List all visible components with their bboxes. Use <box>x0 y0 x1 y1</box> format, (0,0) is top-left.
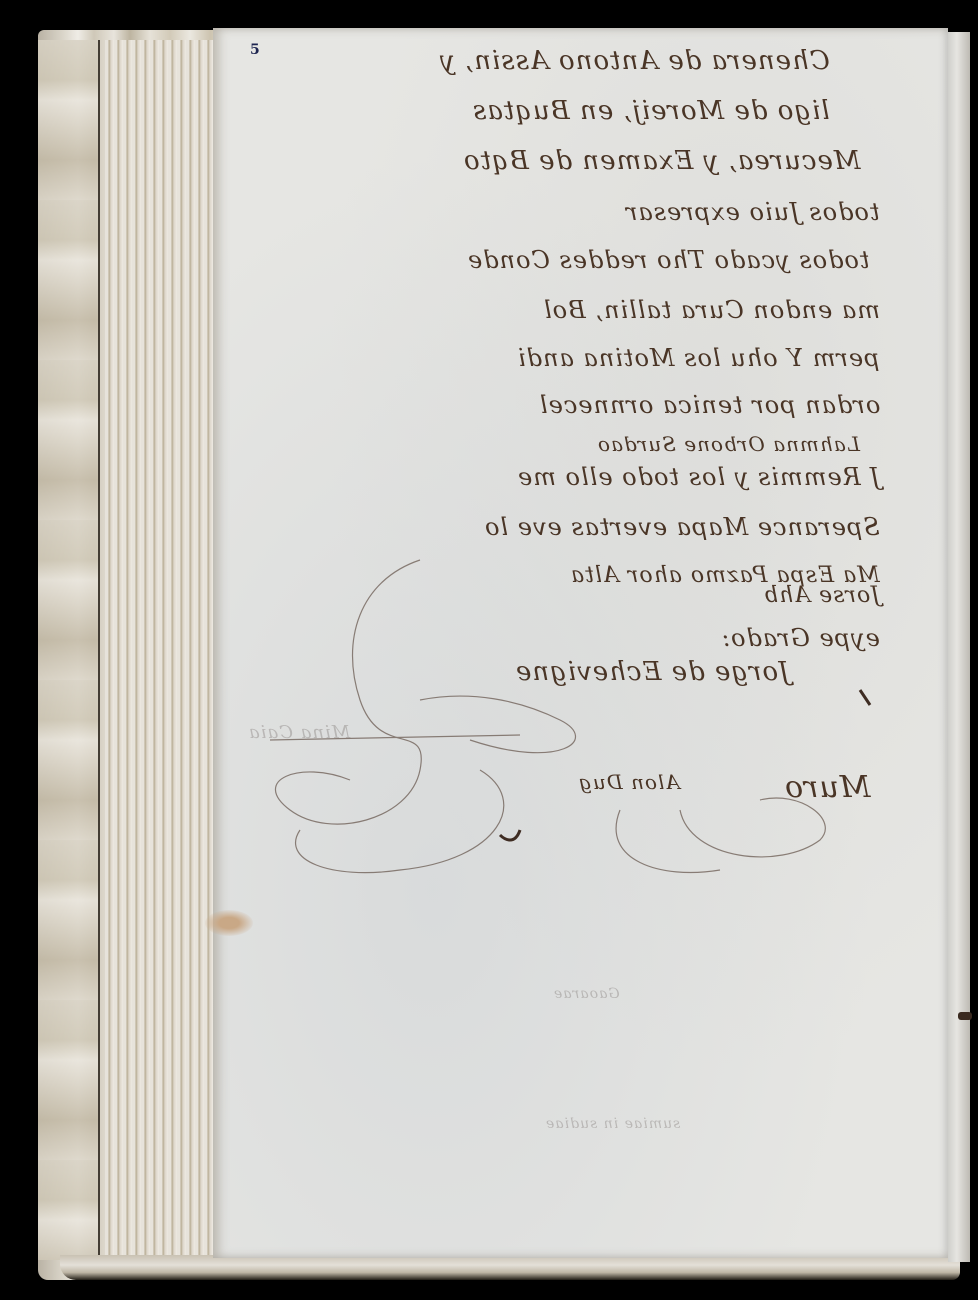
signature-flourish-icon <box>0 0 978 1300</box>
